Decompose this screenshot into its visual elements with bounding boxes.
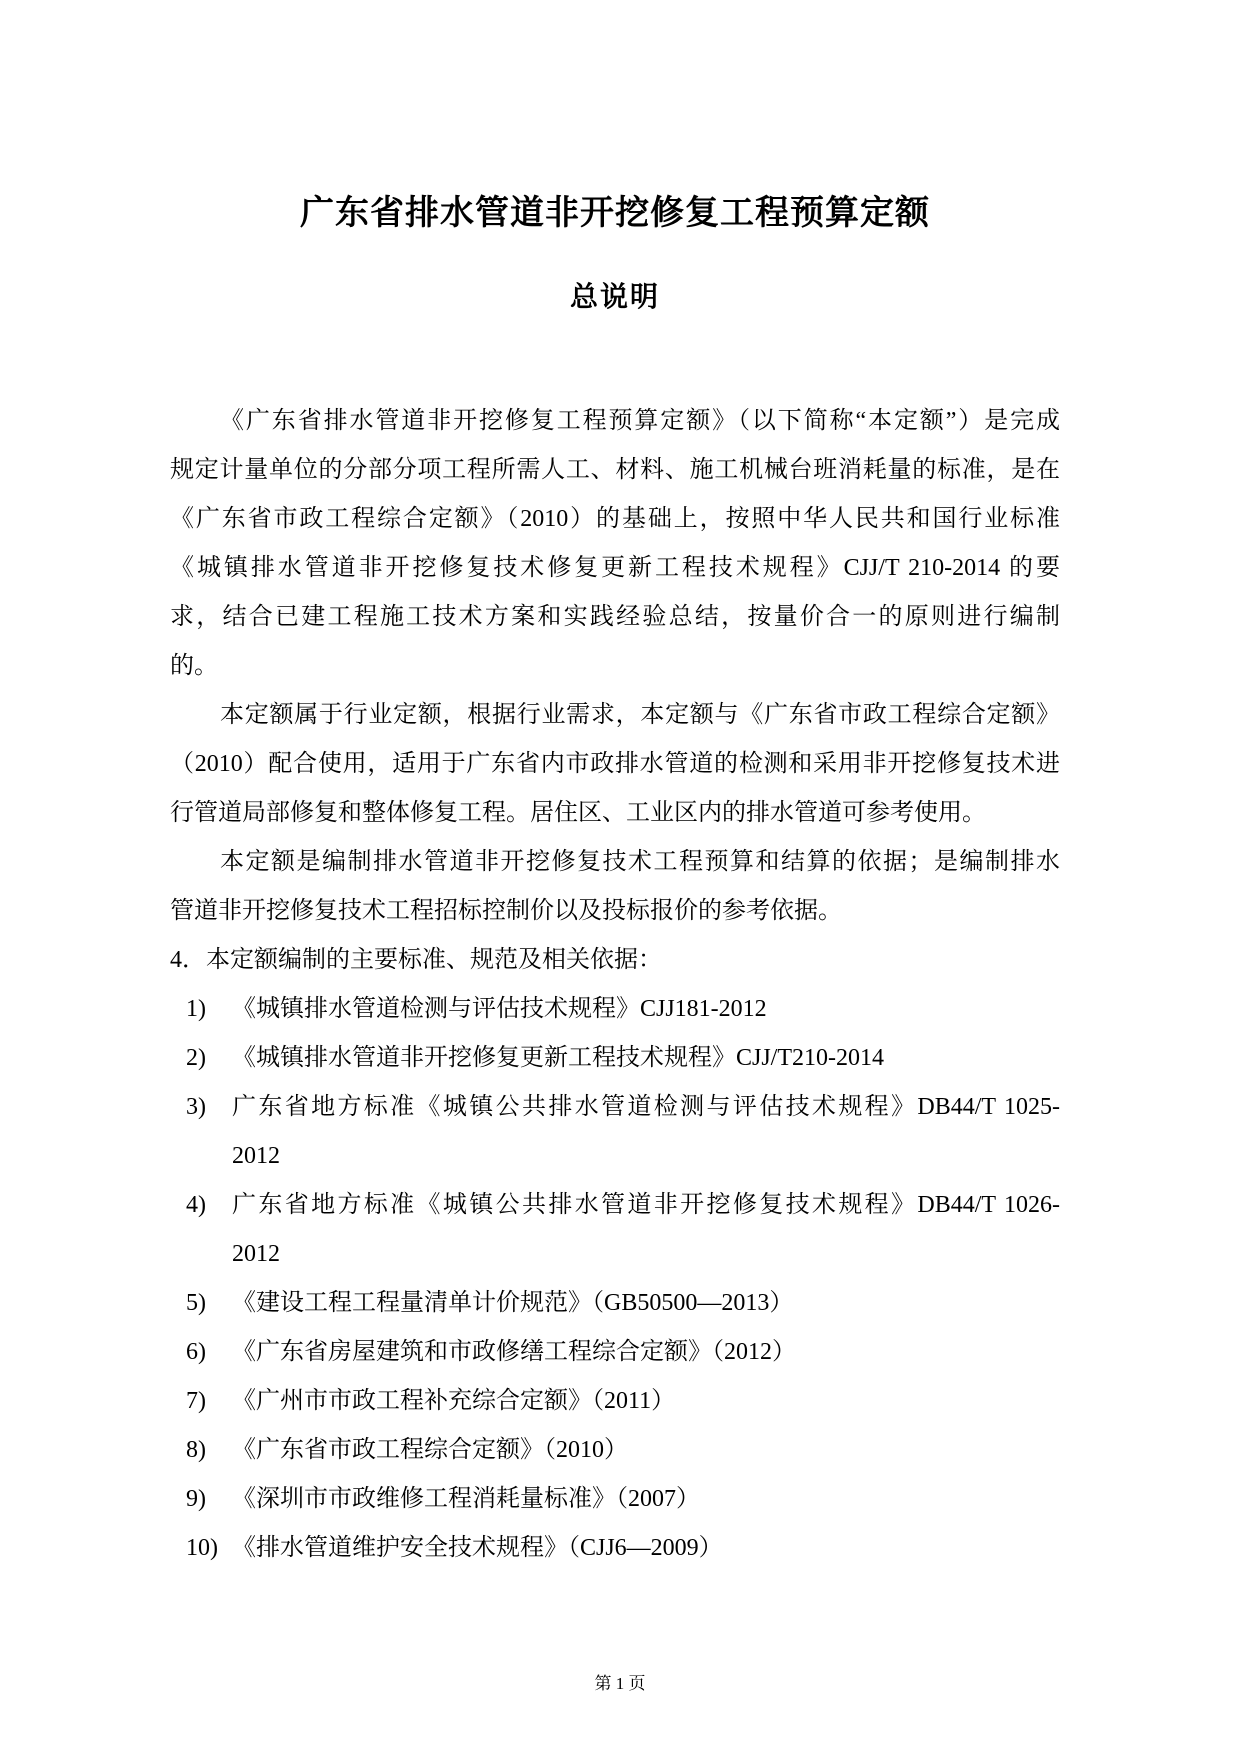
list-item-continuation: 2012 [232, 1230, 1060, 1279]
paragraph-line: 的。 [170, 642, 1060, 691]
list-marker: 3) [170, 1083, 232, 1132]
list-item: 7) 《广州市市政工程补充综合定额》（2011） [170, 1377, 1060, 1426]
list-marker: 4) [170, 1181, 232, 1230]
paragraph-line: 《城镇排水管道非开挖修复技术修复更新工程技术规程》CJJ/T 210-2014 … [170, 544, 1060, 593]
list-item-text: 《广东省房屋建筑和市政修缮工程综合定额》（2012） [232, 1328, 1060, 1377]
list-marker: 9) [170, 1475, 232, 1524]
paragraph-line: 本定额是编制排水管道非开挖修复技术工程预算和结算的依据；是编制排水 [170, 838, 1060, 887]
list-marker: 6) [170, 1328, 232, 1377]
list-item-text: 《城镇排水管道非开挖修复更新工程技术规程》CJJ/T210-2014 [232, 1034, 1060, 1083]
list-item-continuation: 2012 [232, 1132, 1060, 1181]
list-item: 9) 《深圳市市政维修工程消耗量标准》（2007） [170, 1475, 1060, 1524]
document-page: 广东省排水管道非开挖修复工程预算定额 总说明 《广东省排水管道非开挖修复工程预算… [0, 0, 1240, 1754]
list-marker: 7) [170, 1377, 232, 1426]
list-item-text: 《排水管道维护安全技术规程》（CJJ6—2009） [232, 1524, 1060, 1573]
list-marker: 1) [170, 985, 232, 1034]
list-item: 3) 广东省地方标准《城镇公共排水管道检测与评估技术规程》DB44/T 1025… [170, 1083, 1060, 1181]
body-paragraph-3: 本定额是编制排水管道非开挖修复技术工程预算和结算的依据；是编制排水 管道非开挖修… [170, 838, 1060, 936]
list-marker: 5) [170, 1279, 232, 1328]
list-item-text: 广东省地方标准《城镇公共排水管道检测与评估技术规程》DB44/T 1025- [232, 1083, 1060, 1132]
list-item-text: 《深圳市市政维修工程消耗量标准》（2007） [232, 1475, 1060, 1524]
list-item: 10) 《排水管道维护安全技术规程》（CJJ6—2009） [170, 1524, 1060, 1573]
body-paragraph-2: 本定额属于行业定额，根据行业需求，本定额与《广东省市政工程综合定额》 （2010… [170, 691, 1060, 838]
document-body: 《广东省排水管道非开挖修复工程预算定额》（以下简称“本定额”）是完成 规定计量单… [170, 397, 1060, 1573]
list-item: 6) 《广东省房屋建筑和市政修缮工程综合定额》（2012） [170, 1328, 1060, 1377]
paragraph-line: 本定额属于行业定额，根据行业需求，本定额与《广东省市政工程综合定额》 [170, 691, 1060, 740]
paragraph-line: 管道非开挖修复技术工程招标控制价以及投标报价的参考依据。 [170, 887, 1060, 936]
list-item-text: 《广州市市政工程补充综合定额》（2011） [232, 1377, 1060, 1426]
list-item: 5) 《建设工程工程量清单计价规范》（GB50500—2013） [170, 1279, 1060, 1328]
list-marker: 2) [170, 1034, 232, 1083]
paragraph-line: 《广东省市政工程综合定额》（2010）的基础上，按照中华人民共和国行业标准 [170, 495, 1060, 544]
list-item-text: 《城镇排水管道检测与评估技术规程》CJJ181-2012 [232, 985, 1060, 1034]
reference-list: 1) 《城镇排水管道检测与评估技术规程》CJJ181-2012 2) 《城镇排水… [170, 985, 1060, 1573]
body-paragraph-1: 《广东省排水管道非开挖修复工程预算定额》（以下简称“本定额”）是完成 规定计量单… [170, 397, 1060, 691]
document-content: 广东省排水管道非开挖修复工程预算定额 总说明 《广东省排水管道非开挖修复工程预算… [0, 190, 1240, 1573]
paragraph-line: 《广东省排水管道非开挖修复工程预算定额》（以下简称“本定额”）是完成 [170, 397, 1060, 446]
list-item-text: 广东省地方标准《城镇公共排水管道非开挖修复技术规程》DB44/T 1026- [232, 1181, 1060, 1230]
paragraph-line: 求，结合已建工程施工技术方案和实践经验总结，按量价合一的原则进行编制 [170, 593, 1060, 642]
list-item: 1) 《城镇排水管道检测与评估技术规程》CJJ181-2012 [170, 985, 1060, 1034]
paragraph-line: 规定计量单位的分部分项工程所需人工、材料、施工机械台班消耗量的标准，是在 [170, 446, 1060, 495]
page-number: 第 1 页 [0, 1672, 1240, 1696]
paragraph-line: 行管道局部修复和整体修复工程。居住区、工业区内的排水管道可参考使用。 [170, 789, 1060, 838]
section-heading: 4．本定额编制的主要标准、规范及相关依据： [170, 936, 1060, 985]
list-item: 2) 《城镇排水管道非开挖修复更新工程技术规程》CJJ/T210-2014 [170, 1034, 1060, 1083]
page-title: 广东省排水管道非开挖修复工程预算定额 [170, 190, 1060, 238]
list-item-text: 《建设工程工程量清单计价规范》（GB50500—2013） [232, 1279, 1060, 1328]
page-subtitle: 总说明 [170, 283, 1060, 313]
list-marker: 10) [170, 1524, 232, 1573]
list-item: 4) 广东省地方标准《城镇公共排水管道非开挖修复技术规程》DB44/T 1026… [170, 1181, 1060, 1279]
paragraph-line: （2010）配合使用，适用于广东省内市政排水管道的检测和采用非开挖修复技术进 [170, 740, 1060, 789]
list-marker: 8) [170, 1426, 232, 1475]
list-item: 8) 《广东省市政工程综合定额》（2010） [170, 1426, 1060, 1475]
list-item-text: 《广东省市政工程综合定额》（2010） [232, 1426, 1060, 1475]
